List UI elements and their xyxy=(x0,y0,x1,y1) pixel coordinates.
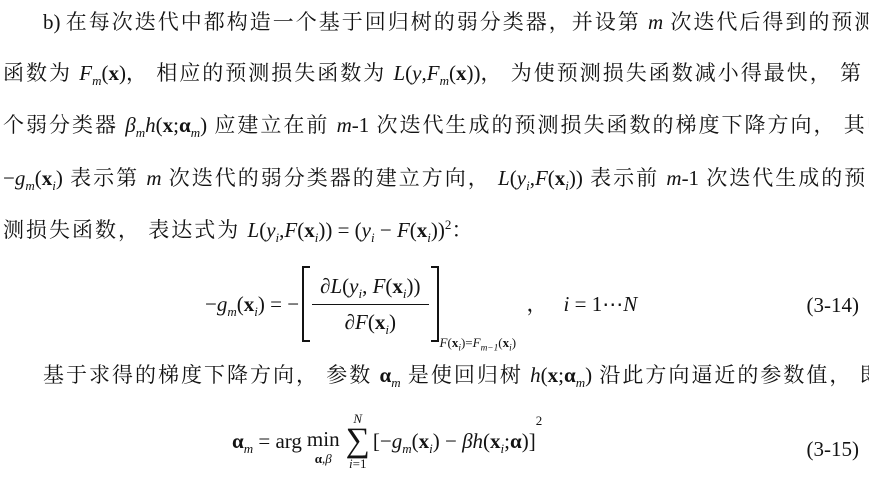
text-line-1: b) 在每次迭代中都构造一个基于回归树的弱分类器，并设第 m 次迭代后得到的预测 xyxy=(3,7,869,37)
right-bracket-group: F(xi)=Fm−1(xi) xyxy=(431,266,439,342)
min-word: min xyxy=(307,429,340,450)
formula-3-15-body: [−gm(xi) − βh(xi;α)] xyxy=(373,428,536,454)
sigma-symbol: ∑ xyxy=(346,425,370,457)
fraction: ∂L(yi, F(xi)) ∂F(xi) xyxy=(312,273,428,335)
formula-3-14-index-range: ，i = 1⋯N xyxy=(527,291,638,317)
min-limits: α,β xyxy=(315,452,332,465)
formula-3-14-lhs: −gm(xi) = − xyxy=(205,291,299,317)
formula-3-15-lhs: αm = arg xyxy=(232,428,302,454)
equation-number-3-15: (3-15) xyxy=(807,437,859,462)
fraction-denominator: ∂F(xi) xyxy=(337,305,404,335)
formula-3-14: −gm(xi) = − ∂L(yi, F(xi)) ∂F(xi) F(xi)=F… xyxy=(205,258,637,350)
evaluation-condition-subscript: F(xi)=Fm−1(xi) xyxy=(440,335,517,351)
text-line-3: 个弱分类器 βmh(x;αm) 应建立在前 m-1 次迭代生成的预测损失函数的梯… xyxy=(3,110,869,140)
argmin-operator: min α,β xyxy=(307,429,340,465)
sum-lower-limit: i=1 xyxy=(349,457,366,470)
text-line-6: 基于求得的梯度下降方向， 参数 αm 是使回归树 h(x;αm) 沿此方向逼近的… xyxy=(3,360,869,390)
text-line-4: −gm(xi) 表示第 m 次迭代的弱分类器的建立方向， L(yi,F(xi))… xyxy=(3,163,869,193)
left-bracket xyxy=(302,266,310,342)
equation-number-3-14: (3-14) xyxy=(807,293,859,318)
formula-3-15: αm = arg min α,β N ∑ i=1 [−gm(xi) − βh(x… xyxy=(232,404,542,478)
right-bracket xyxy=(431,266,439,342)
summation-operator: N ∑ i=1 xyxy=(346,412,370,470)
document-page: b) 在每次迭代中都构造一个基于回归树的弱分类器，并设第 m 次迭代后得到的预测… xyxy=(0,0,873,479)
exponent: 2 xyxy=(536,414,543,427)
fraction-numerator: ∂L(yi, F(xi)) xyxy=(312,273,428,304)
text-line-5: 测损失函数， 表达式为 L(yi,F(xi)) = (yi − F(xi))2： xyxy=(3,215,869,245)
text-line-2: 函数为 Fm(x)， 相应的预测损失函数为 L(y,Fm(x))， 为使预测损失… xyxy=(3,58,869,88)
